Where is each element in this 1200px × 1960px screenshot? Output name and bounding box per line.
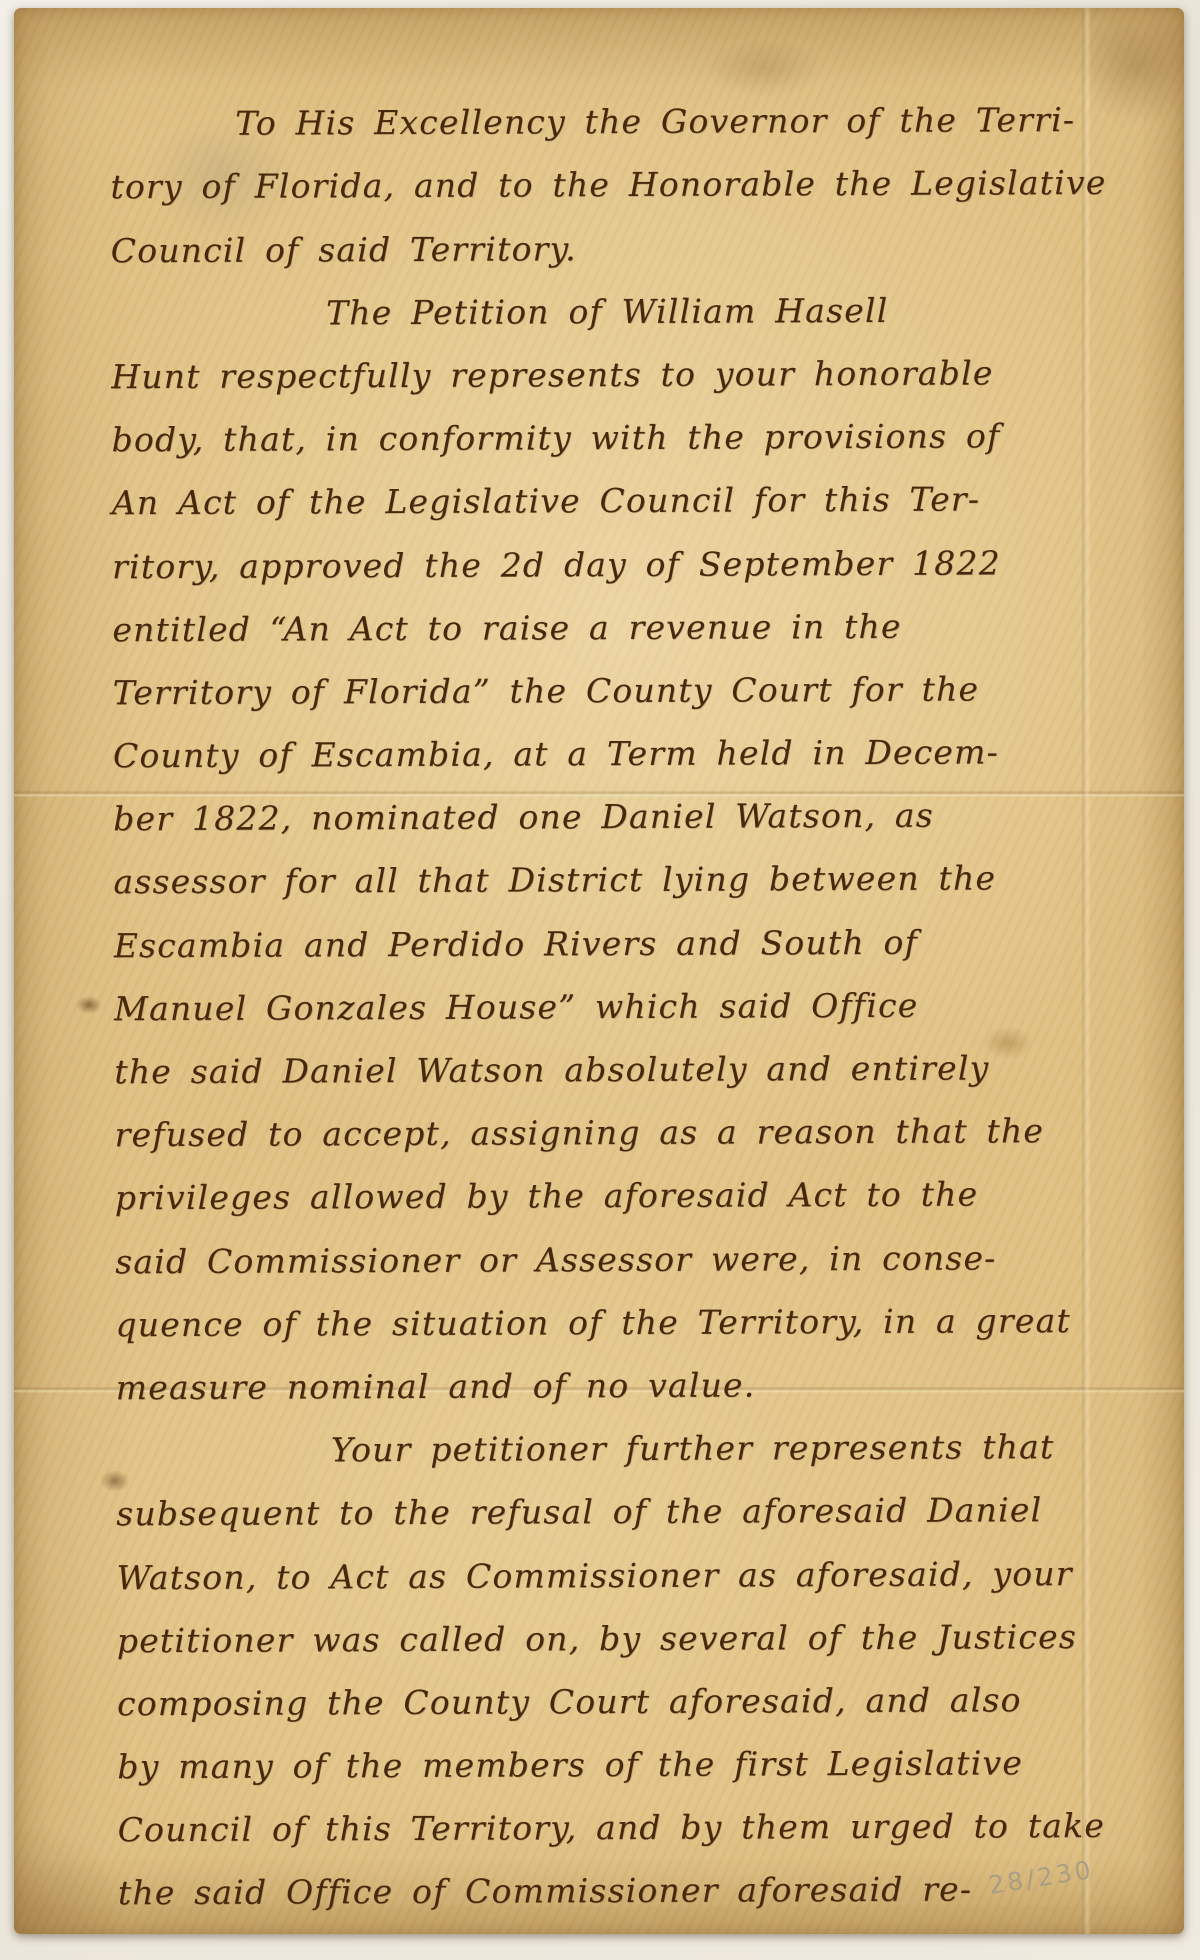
manuscript-line: petitioner was called on, by several of … xyxy=(117,1592,1159,1660)
manuscript-line: body, that, in conformity with the provi… xyxy=(111,392,1153,460)
manuscript-line: Manuel Gonzales House” which said Office xyxy=(114,960,1156,1028)
manuscript-line-text: County of Escambia, at a Term held in De… xyxy=(113,732,999,775)
manuscript-line-text: ber 1822, nominated one Daniel Watson, a… xyxy=(113,796,934,839)
manuscript-line-text: An Act of the Legislative Council for th… xyxy=(112,480,981,523)
manuscript-line: Hunt respectfully represents to your hon… xyxy=(111,328,1153,396)
manuscript-line-text: assessor for all that District lying bet… xyxy=(113,859,996,902)
scan-background: To His Excellency the Governor of the Te… xyxy=(0,0,1200,1960)
manuscript-line: quence of the situation of the Territory… xyxy=(115,1276,1157,1344)
manuscript-line-text: petitioner was called on, by several of … xyxy=(117,1617,1077,1660)
manuscript-line-text: quence of the situation of the Territory… xyxy=(115,1301,1071,1344)
manuscript-line: Territory of Florida” the County Court f… xyxy=(112,644,1154,712)
manuscript-line-text: subsequent to the refusal of the aforesa… xyxy=(116,1491,1042,1534)
manuscript-line: County of Escambia, at a Term held in De… xyxy=(113,708,1155,776)
manuscript-line: An Act of the Legislative Council for th… xyxy=(112,455,1154,523)
manuscript-line-text: body, that, in conformity with the provi… xyxy=(111,417,1000,460)
manuscript-line-text: measure nominal and of no value. xyxy=(116,1365,756,1407)
manuscript-line-text: composing the County Court aforesaid, an… xyxy=(117,1680,1022,1723)
manuscript-line-text: by many of the members of the first Legi… xyxy=(117,1743,1023,1786)
manuscript-line-text: Council of this Territory, and by them u… xyxy=(118,1806,1106,1849)
manuscript-line-text: Watson, to Act as Commissioner as afores… xyxy=(116,1554,1072,1597)
manuscript-line: Watson, to Act as Commissioner as afores… xyxy=(116,1529,1158,1597)
manuscript-line: entitled “An Act to raise a revenue in t… xyxy=(112,581,1154,649)
manuscript-line: composing the County Court aforesaid, an… xyxy=(117,1655,1159,1723)
manuscript-line: Council of this Territory, and by them u… xyxy=(117,1782,1159,1850)
manuscript-line: privileges allowed by the aforesaid Act … xyxy=(115,1150,1157,1218)
manuscript-line-text: ritory, approved the 2d day of September… xyxy=(112,543,1001,586)
manuscript-text: To His Excellency the Governor of the Te… xyxy=(110,76,1160,1913)
manuscript-line: To His Excellency the Governor of the Te… xyxy=(110,76,1152,144)
manuscript-line: refused to accept, assigning as a reason… xyxy=(114,1087,1156,1155)
manuscript-line-text: entitled “An Act to raise a revenue in t… xyxy=(112,607,901,649)
manuscript-line: Council of said Territory. xyxy=(111,202,1153,270)
manuscript-line-text: Escambia and Perdido Rivers and South of xyxy=(114,922,918,965)
manuscript-line: subsequent to the refusal of the aforesa… xyxy=(116,1466,1158,1534)
ink-stain xyxy=(76,996,102,1014)
paper: To His Excellency the Governor of the Te… xyxy=(14,8,1184,1934)
manuscript-line: ber 1822, nominated one Daniel Watson, a… xyxy=(113,771,1155,839)
manuscript-line: Your petitioner further represents that xyxy=(116,1403,1158,1471)
manuscript-line: Escambia and Perdido Rivers and South of xyxy=(114,897,1156,965)
manuscript-line-text: the said Daniel Watson absolutely and en… xyxy=(114,1048,989,1091)
manuscript-line: tory of Florida, and to the Honorable th… xyxy=(110,139,1152,207)
manuscript-line: the said Daniel Watson absolutely and en… xyxy=(114,1024,1156,1092)
manuscript-line-text: the said Office of Commissioner aforesai… xyxy=(118,1870,972,1913)
manuscript-line-text: tory of Florida, and to the Honorable th… xyxy=(110,163,1106,206)
manuscript-line-text: said Commissioner or Assessor were, in c… xyxy=(115,1238,996,1281)
manuscript-line-text: refused to accept, assigning as a reason… xyxy=(115,1111,1045,1154)
manuscript-line-text: Territory of Florida” the County Court f… xyxy=(113,669,980,712)
manuscript-line-text: To His Excellency the Governor of the Te… xyxy=(235,100,1075,143)
manuscript-line-text: Manuel Gonzales House” which said Office xyxy=(114,986,919,1029)
manuscript-line: measure nominal and of no value. xyxy=(116,1339,1158,1407)
manuscript-line-text: privileges allowed by the aforesaid Act … xyxy=(115,1175,979,1218)
manuscript-line: ritory, approved the 2d day of September… xyxy=(112,518,1154,586)
manuscript-line: said Commissioner or Assessor were, in c… xyxy=(115,1213,1157,1281)
manuscript-line-text: Hunt respectfully represents to your hon… xyxy=(111,353,993,396)
manuscript-line: by many of the members of the first Legi… xyxy=(117,1719,1159,1787)
manuscript-line-text: Your petitioner further represents that xyxy=(331,1427,1055,1469)
manuscript-line-text: Council of said Territory. xyxy=(111,229,577,270)
manuscript-line-text: The Petition of William Hasell xyxy=(326,291,889,332)
manuscript-line: assessor for all that District lying bet… xyxy=(113,834,1155,902)
manuscript-line: The Petition of William Hasell xyxy=(111,265,1153,333)
